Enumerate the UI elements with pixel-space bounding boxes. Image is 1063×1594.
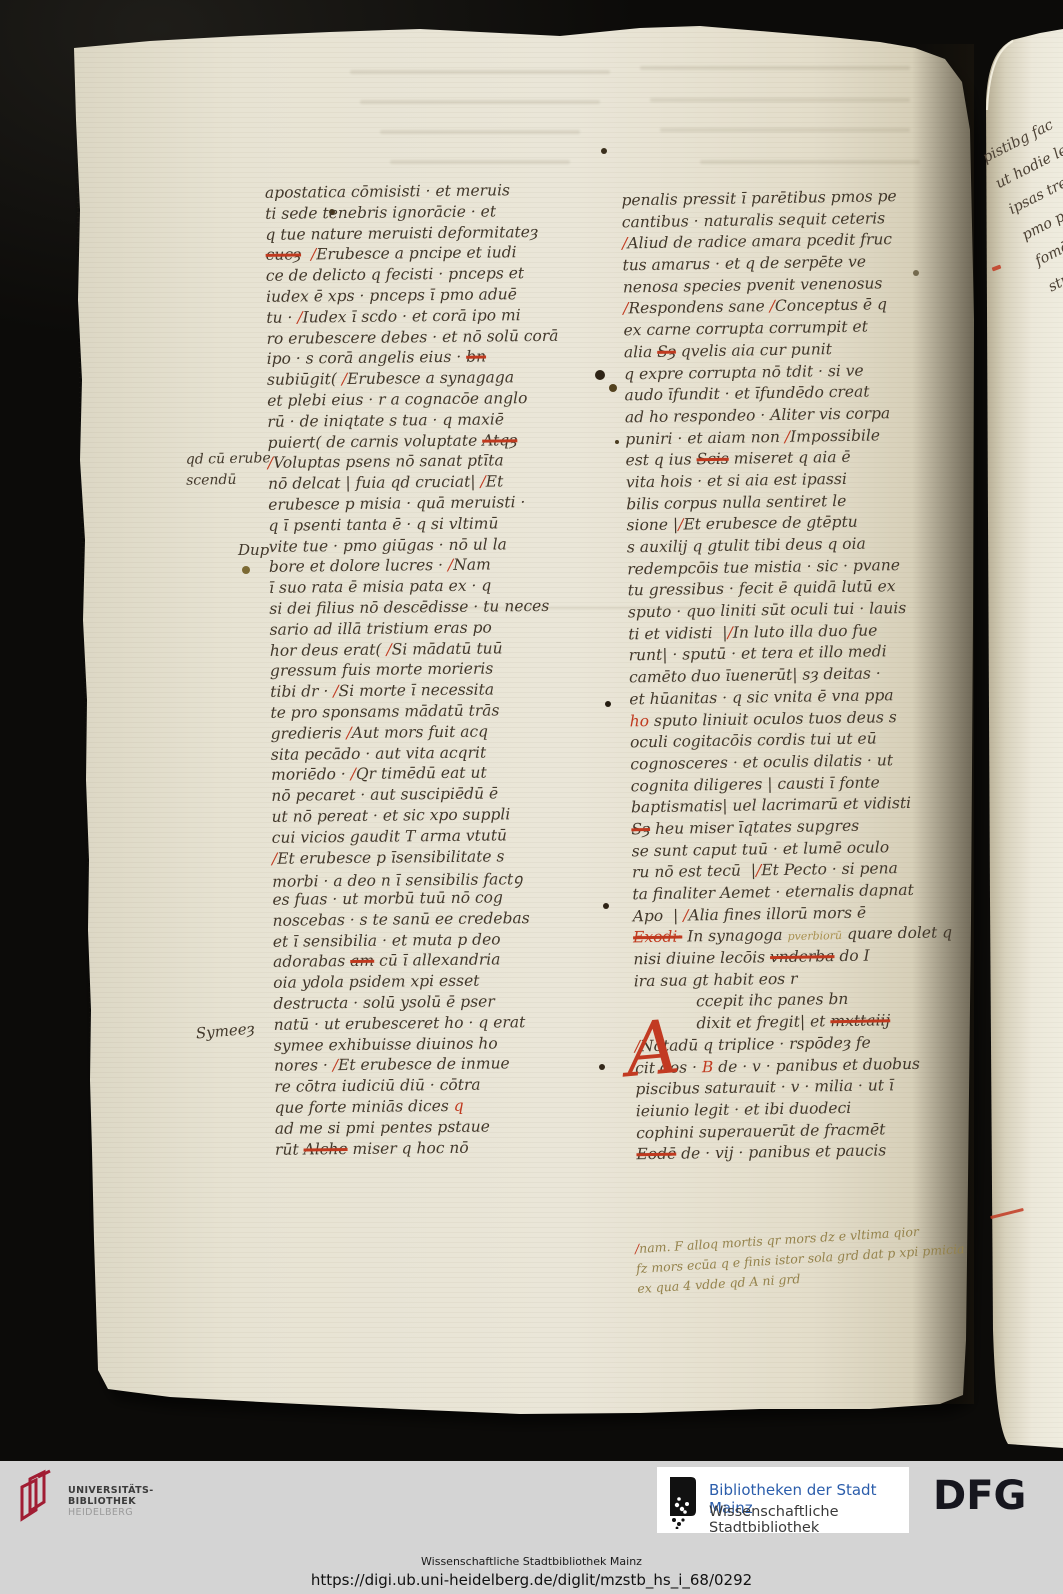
manuscript-line: qd cū erube [186, 449, 271, 471]
show-through-line [380, 130, 580, 134]
show-through-line [640, 66, 910, 70]
show-through-line [650, 98, 910, 102]
ubh-line3: HEIDELBERG [68, 1507, 154, 1518]
margin-note-erubescendum: qd cū erubescendū [186, 449, 272, 492]
show-through-line [700, 160, 920, 164]
ubh-logo: UNIVERSITÄTS- BIBLIOTHEK HEIDELBERG [14, 1469, 154, 1531]
manuscript-line: rūt Alche miser q hoc nō [275, 1137, 625, 1161]
footer-caption: Wissenschaftliche Stadtbibliothek Mainz [0, 1555, 1063, 1568]
ubh-line2: BIBLIOTHEK [68, 1496, 154, 1507]
show-through-line [350, 70, 610, 74]
show-through-line [390, 160, 570, 164]
mainz-book-icon [667, 1475, 699, 1529]
ubh-logo-icon [14, 1469, 56, 1531]
mainz-badge-line2: Wissenschaftliche Stadtbibliothek [709, 1504, 909, 1536]
dfg-logo: DFG [933, 1473, 1026, 1519]
footer-url: https://digi.ub.uni-heidelberg.de/diglit… [0, 1571, 1063, 1589]
rubricated-initial: A [623, 1010, 683, 1088]
margin-note-dup: Dup [238, 541, 269, 562]
footer-bar: UNIVERSITÄTS- BIBLIOTHEK HEIDELBERG Bibl… [0, 1461, 1063, 1594]
manuscript-line: Dup [238, 541, 269, 562]
manuscript-photo: apostatica cōmisisti · et meruisti sede … [0, 0, 1063, 1461]
digitized-manuscript-page: apostatica cōmisisti · et meruisti sede … [0, 0, 1063, 1594]
ubh-logo-text: UNIVERSITÄTS- BIBLIOTHEK HEIDELBERG [68, 1469, 154, 1531]
ubh-line1: UNIVERSITÄTS- [68, 1485, 154, 1496]
mainz-library-badge: Bibliotheken der Stadt Mainz Wissenschaf… [657, 1467, 909, 1533]
show-through-line [360, 100, 600, 104]
facing-page-text-clip: pistibg facut hodie leipsas treupmo p. v… [984, 36, 1063, 1444]
facing-page-text: pistibg facut hodie leipsas treupmo p. v… [984, 36, 1063, 1392]
manuscript-left-column: apostatica cōmisisti · et meruisti sede … [265, 180, 625, 1161]
show-through-line [660, 128, 910, 132]
manuscript-line: scendū [186, 470, 271, 492]
